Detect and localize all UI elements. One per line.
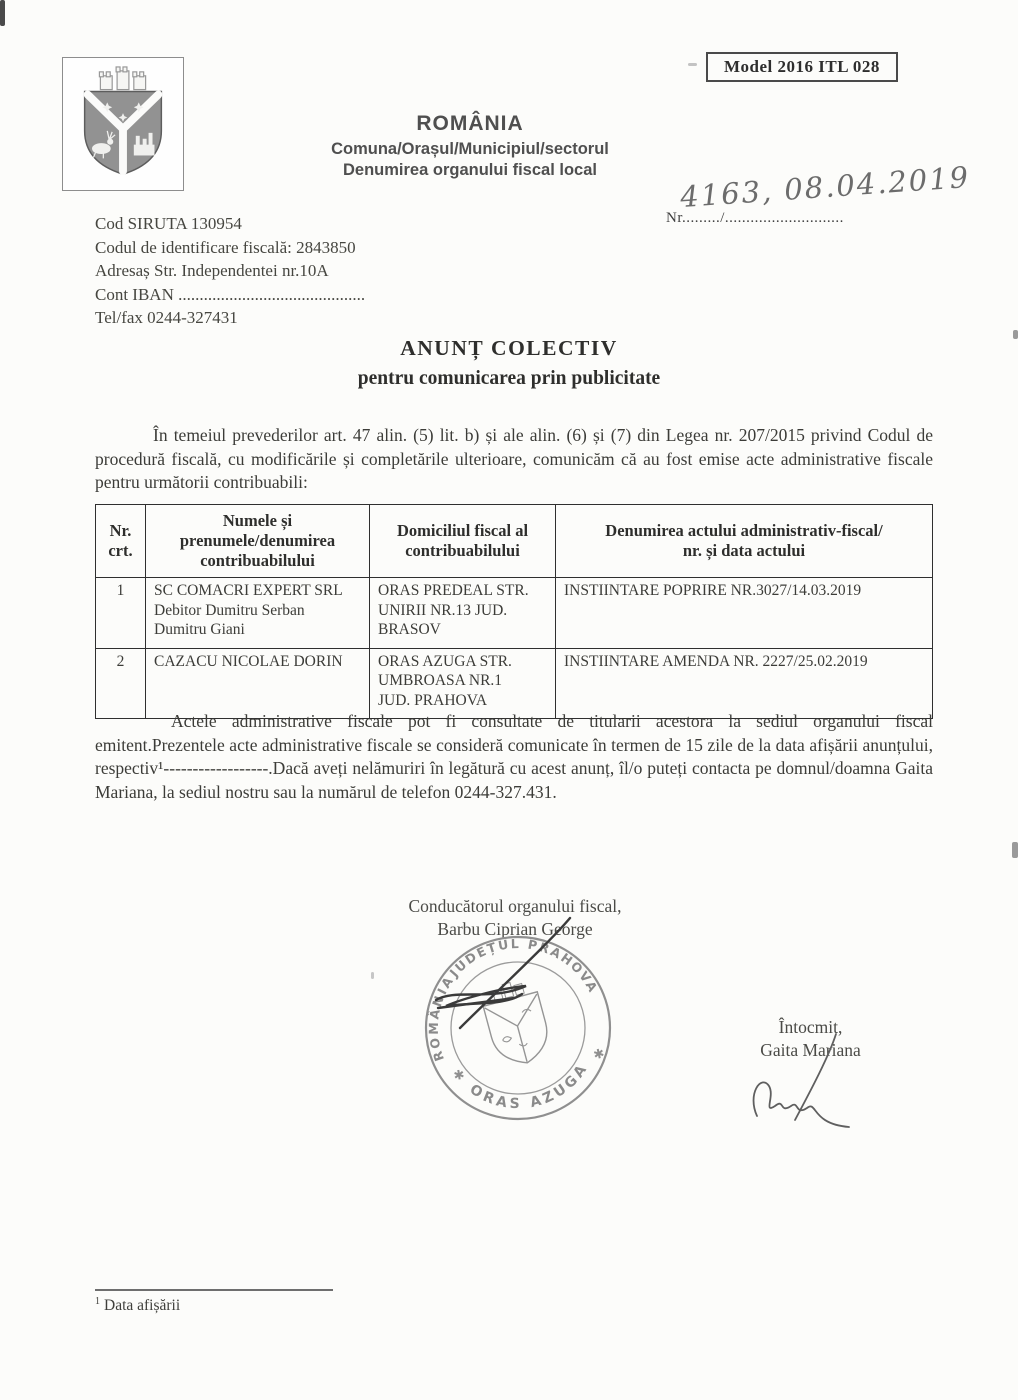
- footnote: 1Data afișării: [95, 1296, 180, 1315]
- handwritten-signature-right: [737, 1028, 887, 1143]
- scan-artifact: [0, 0, 5, 26]
- cell-address: ORAS AZUGA STR. UMBROASA NR.1 JUD. PRAHO…: [370, 648, 556, 719]
- document-subtitle: pentru comunicarea prin publicitate: [0, 368, 1018, 390]
- scan-artifact: [1012, 842, 1018, 858]
- cell-act: INSTIINTARE AMENDA NR. 2227/25.02.2019: [556, 648, 933, 719]
- col-header-nr: Nr. crt.: [96, 505, 146, 578]
- svg-text:✱: ✱: [589, 1046, 607, 1061]
- scan-artifact: [688, 63, 697, 66]
- intro-paragraph: În temeiul prevederilor art. 47 alin. (5…: [95, 424, 933, 495]
- table-row: 1 SC COMACRI EXPERT SRL Debitor Dumitru …: [96, 578, 933, 649]
- coat-of-arms-icon: [63, 58, 183, 190]
- header-line1: Comuna/Orașul/Municipiul/sectorul: [260, 139, 680, 160]
- model-number: Model 2016 ITL 028: [724, 57, 880, 76]
- model-number-box: Model 2016 ITL 028: [706, 52, 898, 82]
- issuer-info: Cod SIRUTA 130954 Codul de identificare …: [95, 212, 365, 330]
- official-stamp: ROMÂNIA JUDEȚUL PRAHOVA ✱ ORAS AZUGA ✱: [398, 898, 638, 1138]
- table-header-row: Nr. crt. Numele și prenumele/denumirea c…: [96, 505, 933, 578]
- table-row: 2 CAZACU NICOLAE DORIN ORAS AZUGA STR. U…: [96, 648, 933, 719]
- footnote-marker: 1: [95, 1296, 100, 1307]
- header-line2: Denumirea organului fiscal local: [260, 160, 680, 181]
- cell-nr: 2: [96, 648, 146, 719]
- coat-of-arms: [62, 57, 184, 191]
- document-title: ANUNȚ COLECTIV: [0, 336, 1018, 361]
- footnote-rule: [95, 1289, 333, 1291]
- footnote-text: Data afișării: [104, 1297, 180, 1314]
- issuer-telfax: Tel/fax 0244-327431: [95, 306, 365, 330]
- col-header-name: Numele și prenumele/denumirea contribuab…: [146, 505, 370, 578]
- document-header: ROMÂNIA Comuna/Orașul/Municipiul/sectoru…: [260, 112, 680, 181]
- cell-name: CAZACU NICOLAE DORIN: [146, 648, 370, 719]
- registration-block: 4163, 08.04.2019 Nr........./...........…: [666, 170, 976, 240]
- cell-act: INSTIINTARE POPRIRE NR.3027/14.03.2019: [556, 578, 933, 649]
- col-header-act: Denumirea actului administrativ-fiscal/ …: [556, 505, 933, 578]
- registration-number-label: Nr........./............................: [666, 210, 844, 227]
- svg-text:ROMÂNIA: ROMÂNIA: [426, 972, 457, 1063]
- stamp-star-icon: ✱: [589, 1046, 607, 1061]
- col-header-address: Domiciliul fiscal al contribuabilului: [370, 505, 556, 578]
- handwritten-registration-number: 4163, 08.04.2019: [679, 160, 971, 214]
- contribuabili-table: Nr. crt. Numele și prenumele/denumirea c…: [95, 504, 933, 719]
- body-paragraph: Actele administrative fiscale pot fi con…: [95, 710, 933, 804]
- stamp-star-icon: ✱: [449, 1067, 468, 1085]
- stamp-country-text: ROMÂNIA: [426, 972, 457, 1063]
- svg-text:✱: ✱: [449, 1067, 468, 1085]
- document-page: Model 2016 ITL 028 ROMÂNIA Comuna/Orașul…: [0, 0, 1018, 1400]
- issuer-siruta: Cod SIRUTA 130954: [95, 212, 365, 236]
- cell-nr: 1: [96, 578, 146, 649]
- issuer-iban: Cont IBAN ..............................…: [95, 283, 365, 307]
- cell-name: SC COMACRI EXPERT SRL Debitor Dumitru Se…: [146, 578, 370, 649]
- issuer-cif: Codul de identificare fiscală: 2843850: [95, 236, 365, 260]
- issuer-address: Adresaș Str. Independentei nr.10A: [95, 259, 365, 283]
- scan-artifact: [371, 972, 374, 979]
- cell-address: ORAS PREDEAL STR. UNIRII NR.13 JUD. BRAS…: [370, 578, 556, 649]
- country-title: ROMÂNIA: [260, 112, 680, 136]
